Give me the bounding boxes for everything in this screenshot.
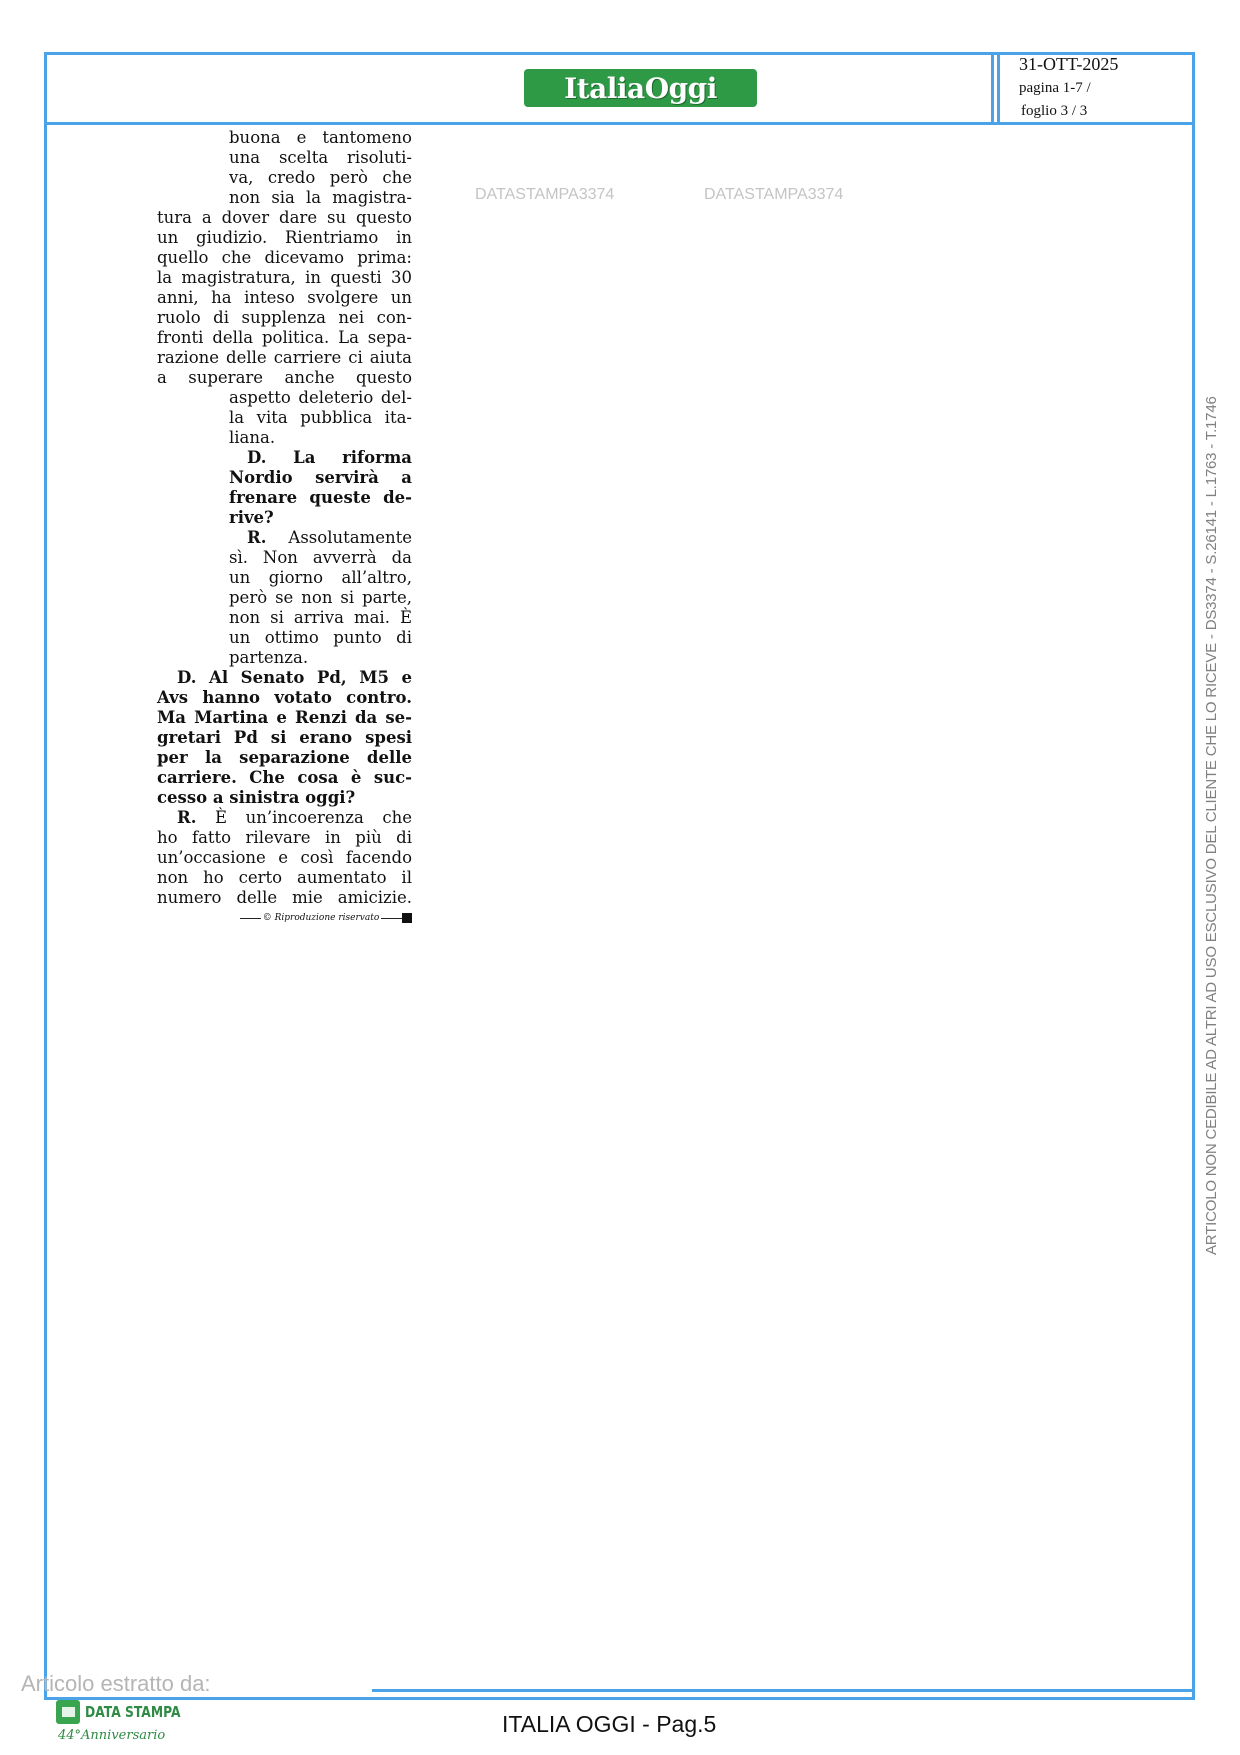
text-line: partenza.	[157, 648, 412, 668]
text-line: razione delle carriere ci aiuta	[157, 348, 412, 368]
text-line: la magistratura, in questi 30	[157, 268, 412, 288]
side-copyright-notice: ARTICOLO NON CEDIBILE AD ALTRI AD USO ES…	[1203, 396, 1220, 1255]
rule-right	[381, 918, 402, 919]
answer-text: Assolutamente	[288, 528, 412, 547]
text-line: un ottimo punto di	[157, 628, 412, 648]
text-line: liana.	[157, 428, 412, 448]
text-line: numero delle mie amicizie.	[157, 888, 412, 908]
text-line: tura a dover dare su questo	[157, 208, 412, 228]
watermark: DATASTAMPA3374	[475, 186, 614, 204]
publication-date: 31-OTT-2025	[1019, 54, 1118, 75]
question-line: per la separazione delle	[157, 748, 412, 768]
text-line: fronti della politica. La sepa-	[157, 328, 412, 348]
datastampa-logo: DATA STAMPA	[56, 1700, 201, 1724]
text-line: aspetto deleterio del-	[157, 388, 412, 408]
copyright-rule: © Riproduzione riservato	[240, 913, 412, 923]
text-line: sì. Non avverrà da	[157, 548, 412, 568]
article-column: buona e tantomeno una scelta risoluti- v…	[157, 128, 412, 908]
extract-label: Articolo estratto da:	[21, 1671, 211, 1697]
end-mark-icon	[402, 913, 412, 923]
datastampa-brand: DATA STAMPA	[85, 1703, 180, 1721]
text-line: la vita pubblica ita-	[157, 408, 412, 428]
question-line: carriere. Che cosa è suc-	[157, 768, 412, 788]
copyright-text: © Riproduzione riservato	[261, 913, 382, 923]
datastampa-square-icon	[56, 1700, 80, 1724]
text-line: un giorno all’altro,	[157, 568, 412, 588]
question-line: gretari Pd si erano spesi	[157, 728, 412, 748]
footer-divider	[372, 1689, 1195, 1692]
sheet-number: foglio 3 / 3	[1021, 103, 1087, 120]
question-line: rive?	[157, 508, 412, 528]
question-line: cesso a sinistra oggi?	[157, 788, 412, 808]
text-line: quello che dicevamo prima:	[157, 248, 412, 268]
question-line: Nordio servirà a	[157, 468, 412, 488]
answer-marker: R.	[247, 528, 266, 547]
text-line: un giudizio. Rientriamo in	[157, 228, 412, 248]
question-line: frenare queste de-	[157, 488, 412, 508]
text-line: non si arriva mai. È	[157, 608, 412, 628]
answer-text: È un’incoerenza che	[215, 808, 412, 827]
text-line: va, credo però che	[157, 168, 412, 188]
text-line: buona e tantomeno	[157, 128, 412, 148]
answer-line: R. Assolutamente	[157, 528, 412, 548]
answer-line: R. È un’incoerenza che	[157, 808, 412, 828]
text-line: un’occasione e così facendo	[157, 848, 412, 868]
text-line: a superare anche questo	[157, 368, 412, 388]
question-line: Ma Martina e Renzi da se-	[157, 708, 412, 728]
answer-marker: R.	[177, 808, 196, 827]
text-line: anni, ha inteso svolgere un	[157, 288, 412, 308]
text-line: però se non si parte,	[157, 588, 412, 608]
text-line: una scelta risoluti-	[157, 148, 412, 168]
italiaoggi-logo: ItaliaOggi	[524, 69, 757, 107]
question-line: Avs hanno votato contro.	[157, 688, 412, 708]
page-range: pagina 1-7 /	[1019, 80, 1091, 97]
text-line: ruolo di supplenza nei con-	[157, 308, 412, 328]
watermark: DATASTAMPA3374	[704, 186, 843, 204]
text-line: non sia la magistra-	[157, 188, 412, 208]
rule-left	[240, 918, 261, 919]
question-line: D. Al Senato Pd, M5 e	[157, 668, 412, 688]
page-label: ITALIA OGGI - Pag.5	[502, 1711, 716, 1738]
question-line: D. La riforma	[157, 448, 412, 468]
meta-separator	[991, 52, 994, 125]
text-line: ho fatto rilevare in più di	[157, 828, 412, 848]
anniversary-label: 44°Anniversario	[58, 1728, 165, 1743]
text-line: non ho certo aumentato il	[157, 868, 412, 888]
